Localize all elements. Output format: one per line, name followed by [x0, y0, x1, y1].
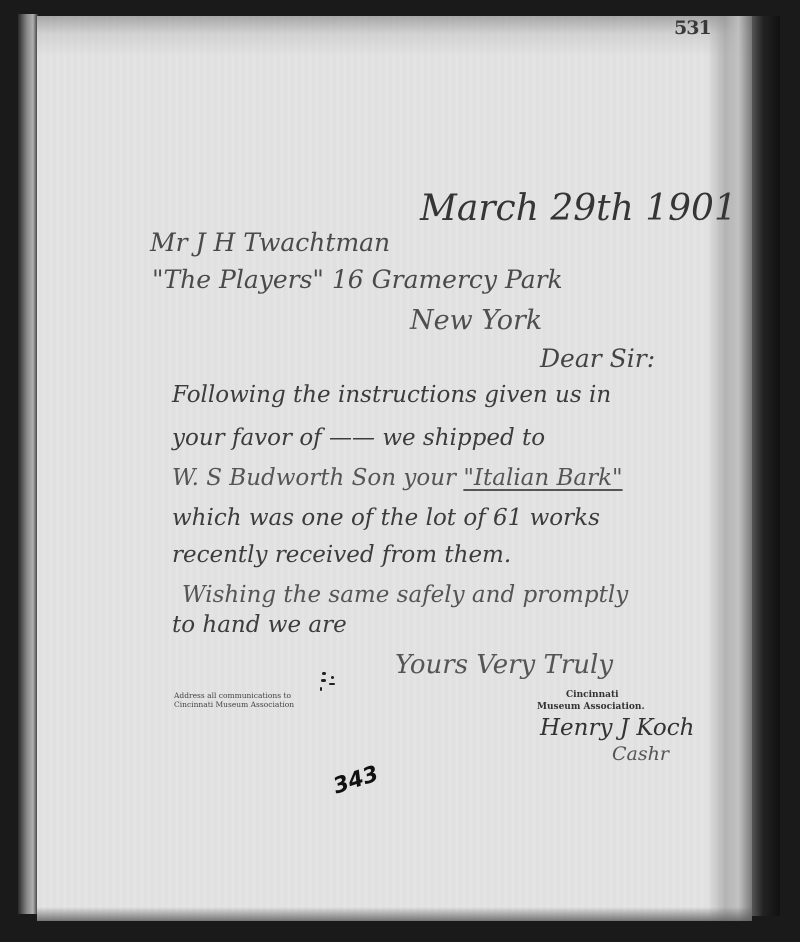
- org-stamp-line-2: Museum Association.: [537, 702, 645, 712]
- signer-signature: Henry J Koch: [540, 715, 694, 741]
- signer-title: Cashr: [612, 743, 669, 765]
- recipient-name: Mr J H Twachtman: [150, 228, 390, 257]
- body-line-5: recently received from them.: [172, 542, 511, 568]
- page-bottom-shadow: [37, 907, 752, 921]
- body-line-1: Following the instructions given us in: [172, 382, 611, 408]
- closing: Yours Very Truly: [395, 650, 613, 680]
- recipient-address: "The Players" 16 Gramercy Park: [152, 265, 563, 294]
- org-stamp-line-1: Cincinnati: [566, 690, 619, 700]
- body-line-4: which was one of the lot of 61 works: [172, 505, 600, 531]
- letter-date: March 29th 1901: [420, 188, 737, 229]
- body-line-2: your favor of —— we shipped to: [172, 425, 545, 451]
- recipient-city: New York: [410, 305, 542, 336]
- ink-spots: [318, 670, 348, 696]
- body-line-3: W. S Budworth Son your "Italian Bark": [172, 465, 623, 491]
- artwork-title: "Italian Bark": [463, 465, 622, 491]
- body-line-6: Wishing the same safely and promptly: [182, 582, 628, 608]
- printed-note-line-2: Cincinnati Museum Association: [174, 700, 294, 709]
- page-number: 531: [674, 17, 711, 39]
- scan-frame-right: [752, 16, 780, 916]
- printed-note-line-1: Address all communications to: [174, 691, 294, 700]
- shipped-to-text: W. S Budworth Son your: [172, 465, 456, 491]
- page-edge-shadow: [707, 16, 752, 921]
- printed-note: Address all communications to Cincinnati…: [174, 691, 294, 709]
- body-line-7: to hand we are: [172, 612, 347, 638]
- salutation: Dear Sir:: [540, 344, 655, 373]
- scan-frame-left: [18, 14, 38, 914]
